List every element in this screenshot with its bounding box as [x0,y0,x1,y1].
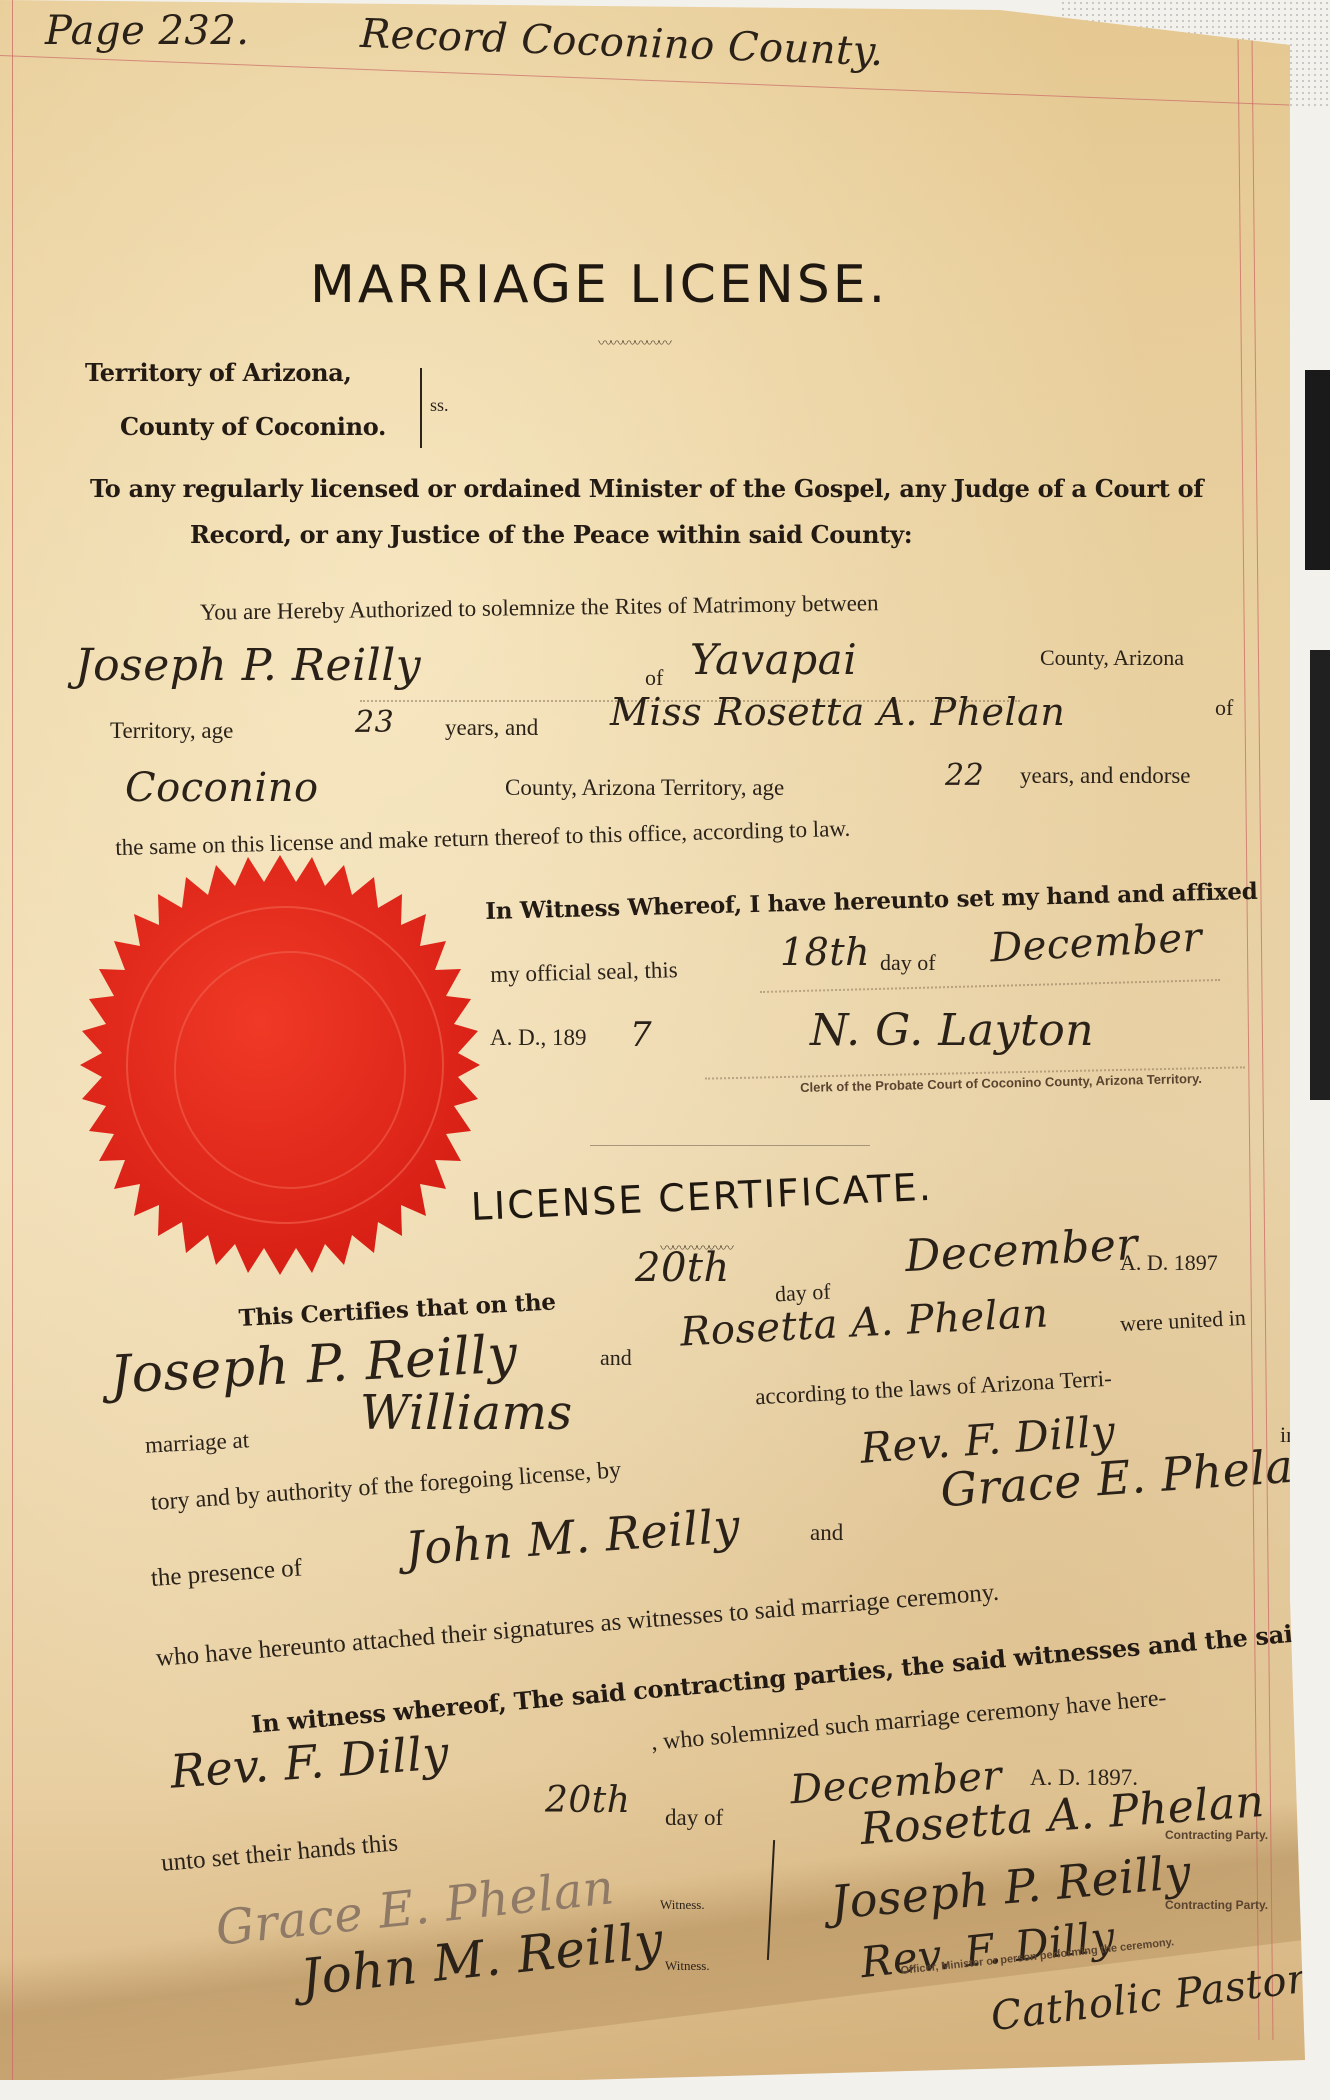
party-caption-2: Contracting Party. [1165,1898,1268,1912]
venue-bracket [420,368,422,448]
unto-text: unto set their hands this [160,1829,399,1878]
authority-text: tory and by authority of the foregoing l… [150,1457,622,1517]
clerk-signature: N. G. Layton [810,1005,1094,1056]
background-dark-strip [1310,650,1330,1100]
sign-day-of: day of [665,1805,723,1831]
venue-ss: ss. [430,395,449,416]
cert-year: A. D. 1897 [1120,1250,1218,1276]
bride-county-text: County, Arizona Territory, age [505,775,784,801]
cert-bride-handwritten: Rosetta A. Phelan [679,1290,1050,1355]
cert-day-handwritten: 20th [635,1245,730,1291]
issue-day-handwritten: 18th [780,930,870,974]
years-endorse-text: years, and endorse [1020,763,1191,789]
years-and-text: years, and [445,715,538,741]
record-title: Record Coconino County. [359,11,884,75]
witness-caption-1: Witness. [660,1897,705,1913]
bride-age-handwritten: 22 [945,758,984,793]
witness1-handwritten: John M. Reilly [404,1498,742,1575]
section-divider [590,1145,870,1146]
party-caption-1: Contracting Party. [1165,1828,1268,1842]
red-seal-icon [65,850,495,1280]
document-page: Page 232. Record Coconino County. MARRIA… [0,0,1305,2080]
county-arizona-text: County, Arizona [1040,645,1184,671]
united-text: were united in [1119,1305,1246,1338]
bride-name-handwritten: Miss Rosetta A. Phelan [610,690,1065,734]
ad-year-prefix: A. D., 189 [490,1025,586,1051]
margin-rule-left [12,0,13,2080]
laws-text: according to the laws of Arizona Terri- [755,1366,1113,1411]
background-dark-strip [1305,370,1330,570]
place-handwritten: Williams [360,1385,573,1441]
day-of-text: day of [880,950,936,976]
issue-date-line [760,979,1220,993]
address-line-2: Record, or any Justice of the Peace with… [190,520,912,549]
of-label-2: of [1215,695,1233,721]
territory-age-text: Territory, age [110,718,233,744]
of-label: of [645,665,663,691]
sign-day-handwritten: 20th [545,1780,630,1821]
venue-territory: Territory of Arizona, [85,358,352,387]
cert-month-handwritten: December [904,1219,1139,1282]
certificate-title: LICENSE CERTIFICATE. [470,1165,934,1229]
ad-year-suffix: 7 [630,1015,652,1055]
cert-and-label: and [600,1345,632,1371]
title-ornament: 〰〰〰〰〰〰 [598,333,670,353]
groom-age-handwritten: 23 [355,705,394,740]
seal-text: my official seal, this [490,957,678,988]
solemnizer-handwritten: Rev. F. Dilly [168,1725,450,1798]
issue-month-handwritten: December [989,914,1203,971]
groom-name-handwritten: Joseph P. Reilly [75,640,421,691]
witness-caption-2: Witness. [665,1958,710,1974]
margin-rule-right [1238,40,1260,2040]
authorize-text: You are Hereby Authorized to solemnize t… [200,590,879,625]
page-reference: Page 232. [45,8,250,54]
groom-county-handwritten: Yavapai [690,635,857,684]
cert-and-label-2: and [810,1520,843,1546]
license-title: MARRIAGE LICENSE. [310,255,888,315]
bride-county-handwritten: Coconino [125,765,319,811]
address-line-1: To any regularly licensed or ordained Mi… [90,474,1203,503]
venue-county: County of Coconino. [120,412,386,441]
marriage-at-text: marriage at [144,1427,249,1458]
presence-text: the presence of [150,1554,303,1592]
